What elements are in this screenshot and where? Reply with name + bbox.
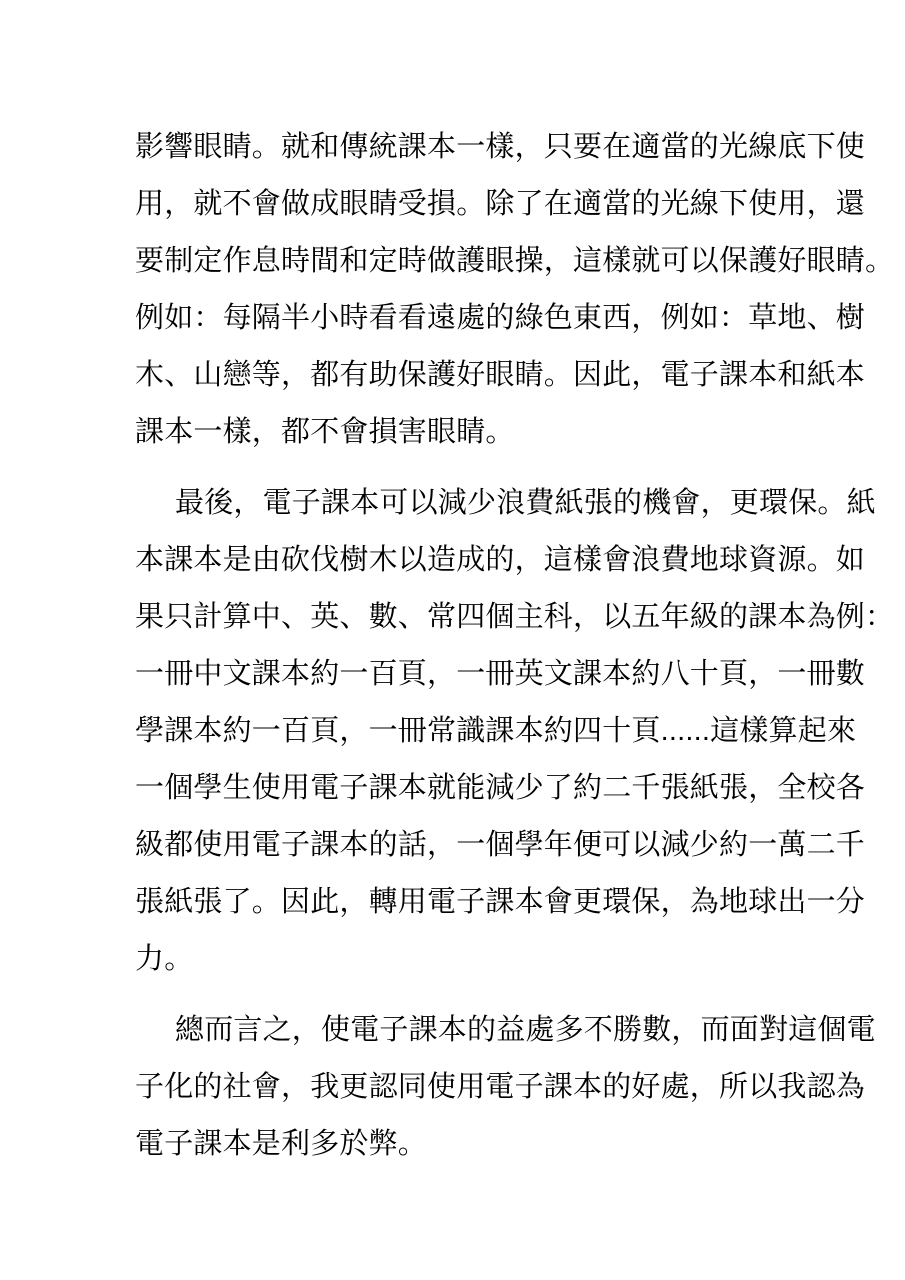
text-line: 一個學生使用電子課本就能減少了約二千張紙張，全校各: [135, 760, 790, 817]
text-line: 用，就不會做成眼睛受損。除了在適當的光線下使用，還: [135, 176, 790, 233]
paragraph: 最後，電子課本可以減少浪費紙張的機會，更環保。紙 本課本是由砍伐樹木以造成的，這…: [135, 475, 790, 988]
text-line: 影響眼睛。就和傳統課本一樣，只要在適當的光線底下使: [135, 119, 790, 176]
text-line: 最後，電子課本可以減少浪費紙張的機會，更環保。紙: [135, 475, 790, 532]
text-line: 一冊中文課本約一百頁，一冊英文課本約八十頁，一冊數: [135, 646, 790, 703]
text-line: 級都使用電子課本的話，一個學年便可以減少約一萬二千: [135, 817, 790, 874]
text-line: 學課本約一百頁，一冊常識課本約四十頁......這樣算起來: [135, 703, 790, 760]
document-body-text: 影響眼睛。就和傳統課本一樣，只要在適當的光線底下使 用，就不會做成眼睛受損。除了…: [135, 119, 790, 1187]
text-line: 果只計算中、英、數、常四個主科，以五年級的課本為例：: [135, 589, 790, 646]
text-line: 張紙張了。因此，轉用電子課本會更環保，為地球出一分: [135, 874, 790, 931]
text-line: 總而言之，使電子課本的益處多不勝數，而面對這個電: [135, 1002, 790, 1059]
document-page: 影響眼睛。就和傳統課本一樣，只要在適當的光線底下使 用，就不會做成眼睛受損。除了…: [0, 0, 905, 1280]
paragraph: 總而言之，使電子課本的益處多不勝數，而面對這個電 子化的社會，我更認同使用電子課…: [135, 1002, 790, 1173]
text-line: 電子課本是利多於弊。: [135, 1116, 790, 1173]
text-line: 力。: [135, 931, 790, 988]
text-line: 子化的社會，我更認同使用電子課本的好處，所以我認為: [135, 1059, 790, 1116]
text-line: 例如：每隔半小時看看遠處的綠色東西，例如：草地、樹: [135, 290, 790, 347]
text-line: 本課本是由砍伐樹木以造成的，這樣會浪費地球資源。如: [135, 532, 790, 589]
text-line: 木、山戀等，都有助保護好眼睛。因此，電子課本和紙本: [135, 347, 790, 404]
text-line: 課本一樣，都不會損害眼睛。: [135, 404, 790, 461]
paragraph: 影響眼睛。就和傳統課本一樣，只要在適當的光線底下使 用，就不會做成眼睛受損。除了…: [135, 119, 790, 461]
text-line: 要制定作息時間和定時做護眼操，這樣就可以保護好眼睛。: [135, 233, 790, 290]
